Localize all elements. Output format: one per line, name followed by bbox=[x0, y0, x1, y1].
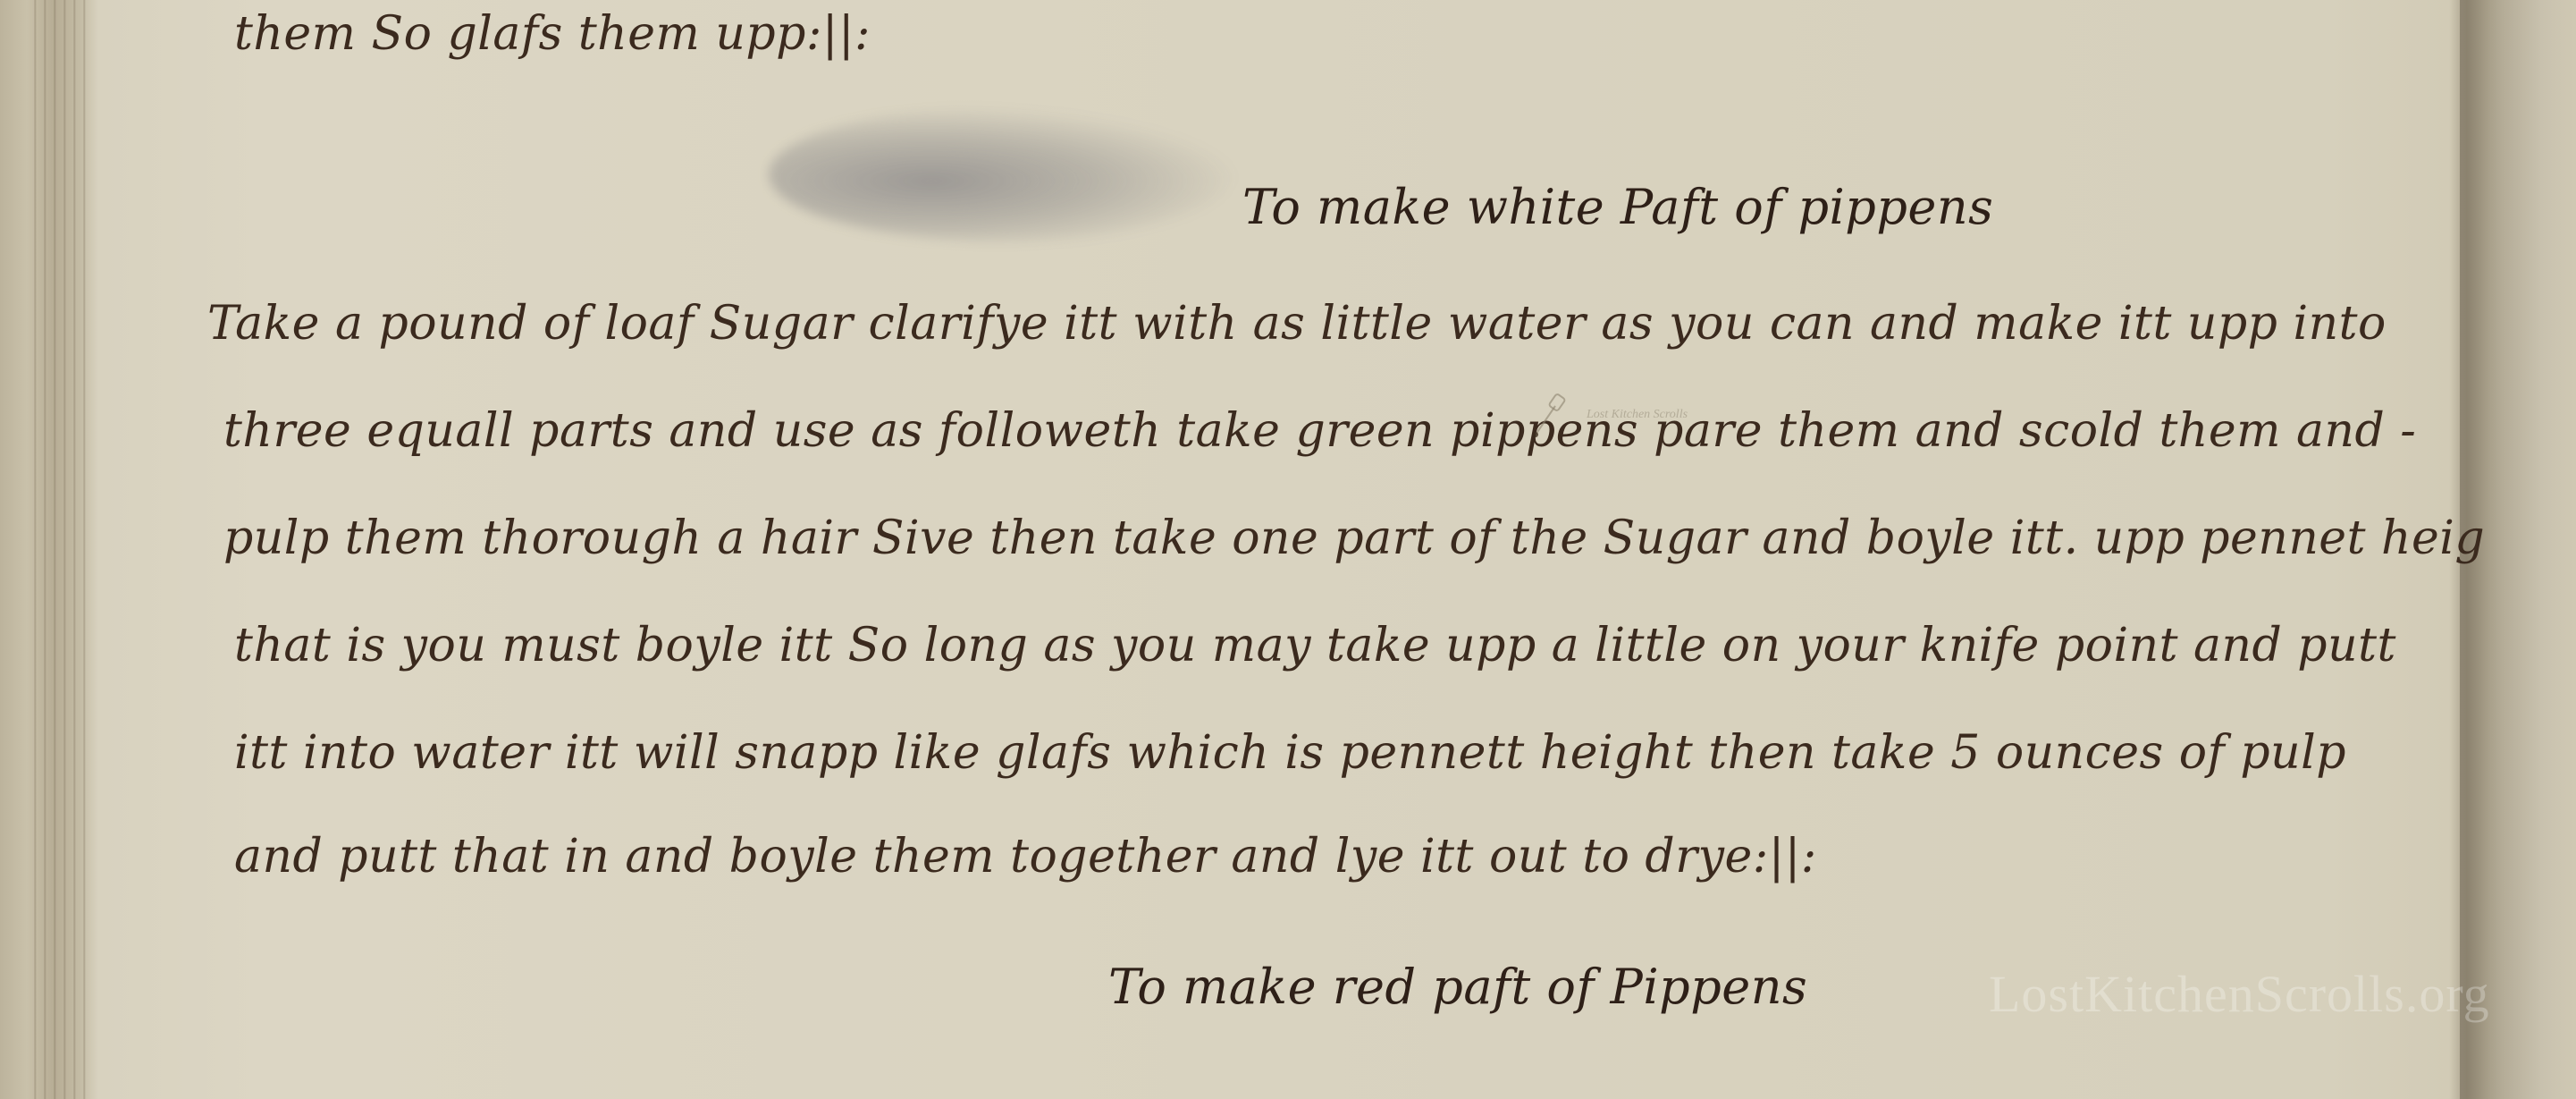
recipe-line-2: three equall parts and use as followeth … bbox=[223, 404, 2416, 458]
recipe-line-1: Take a pound of loaf Sugar clarifye itt … bbox=[207, 297, 2387, 351]
recipe-heading-white-paste: To make white Paft of pippens bbox=[1242, 179, 1993, 235]
ink-smudge bbox=[769, 107, 1233, 241]
recipe-line-4: that is you must boyle itt So long as yo… bbox=[234, 619, 2396, 672]
recipe-line-3: pulp them thorough a hair Sive then take… bbox=[223, 511, 2485, 565]
recipe-heading-red-paste: To make red paft of Pippens bbox=[1108, 959, 1807, 1015]
recipe-line-6: and putt that in and boyle them together… bbox=[234, 830, 1817, 883]
corner-watermark: LostKitchenScrolls.org bbox=[1989, 964, 2490, 1024]
book-binding-gutter bbox=[27, 0, 89, 1099]
manuscript-spread: them So glafs them upp:||: To make white… bbox=[0, 0, 2576, 1099]
spoon-logo-icon bbox=[1530, 393, 1566, 438]
center-watermark: Lost Kitchen Scrolls bbox=[1587, 408, 1688, 422]
text-line-continuation: them So glafs them upp:||: bbox=[234, 7, 871, 61]
recipe-line-5: itt into water itt will snapp like glafs… bbox=[234, 726, 2346, 780]
